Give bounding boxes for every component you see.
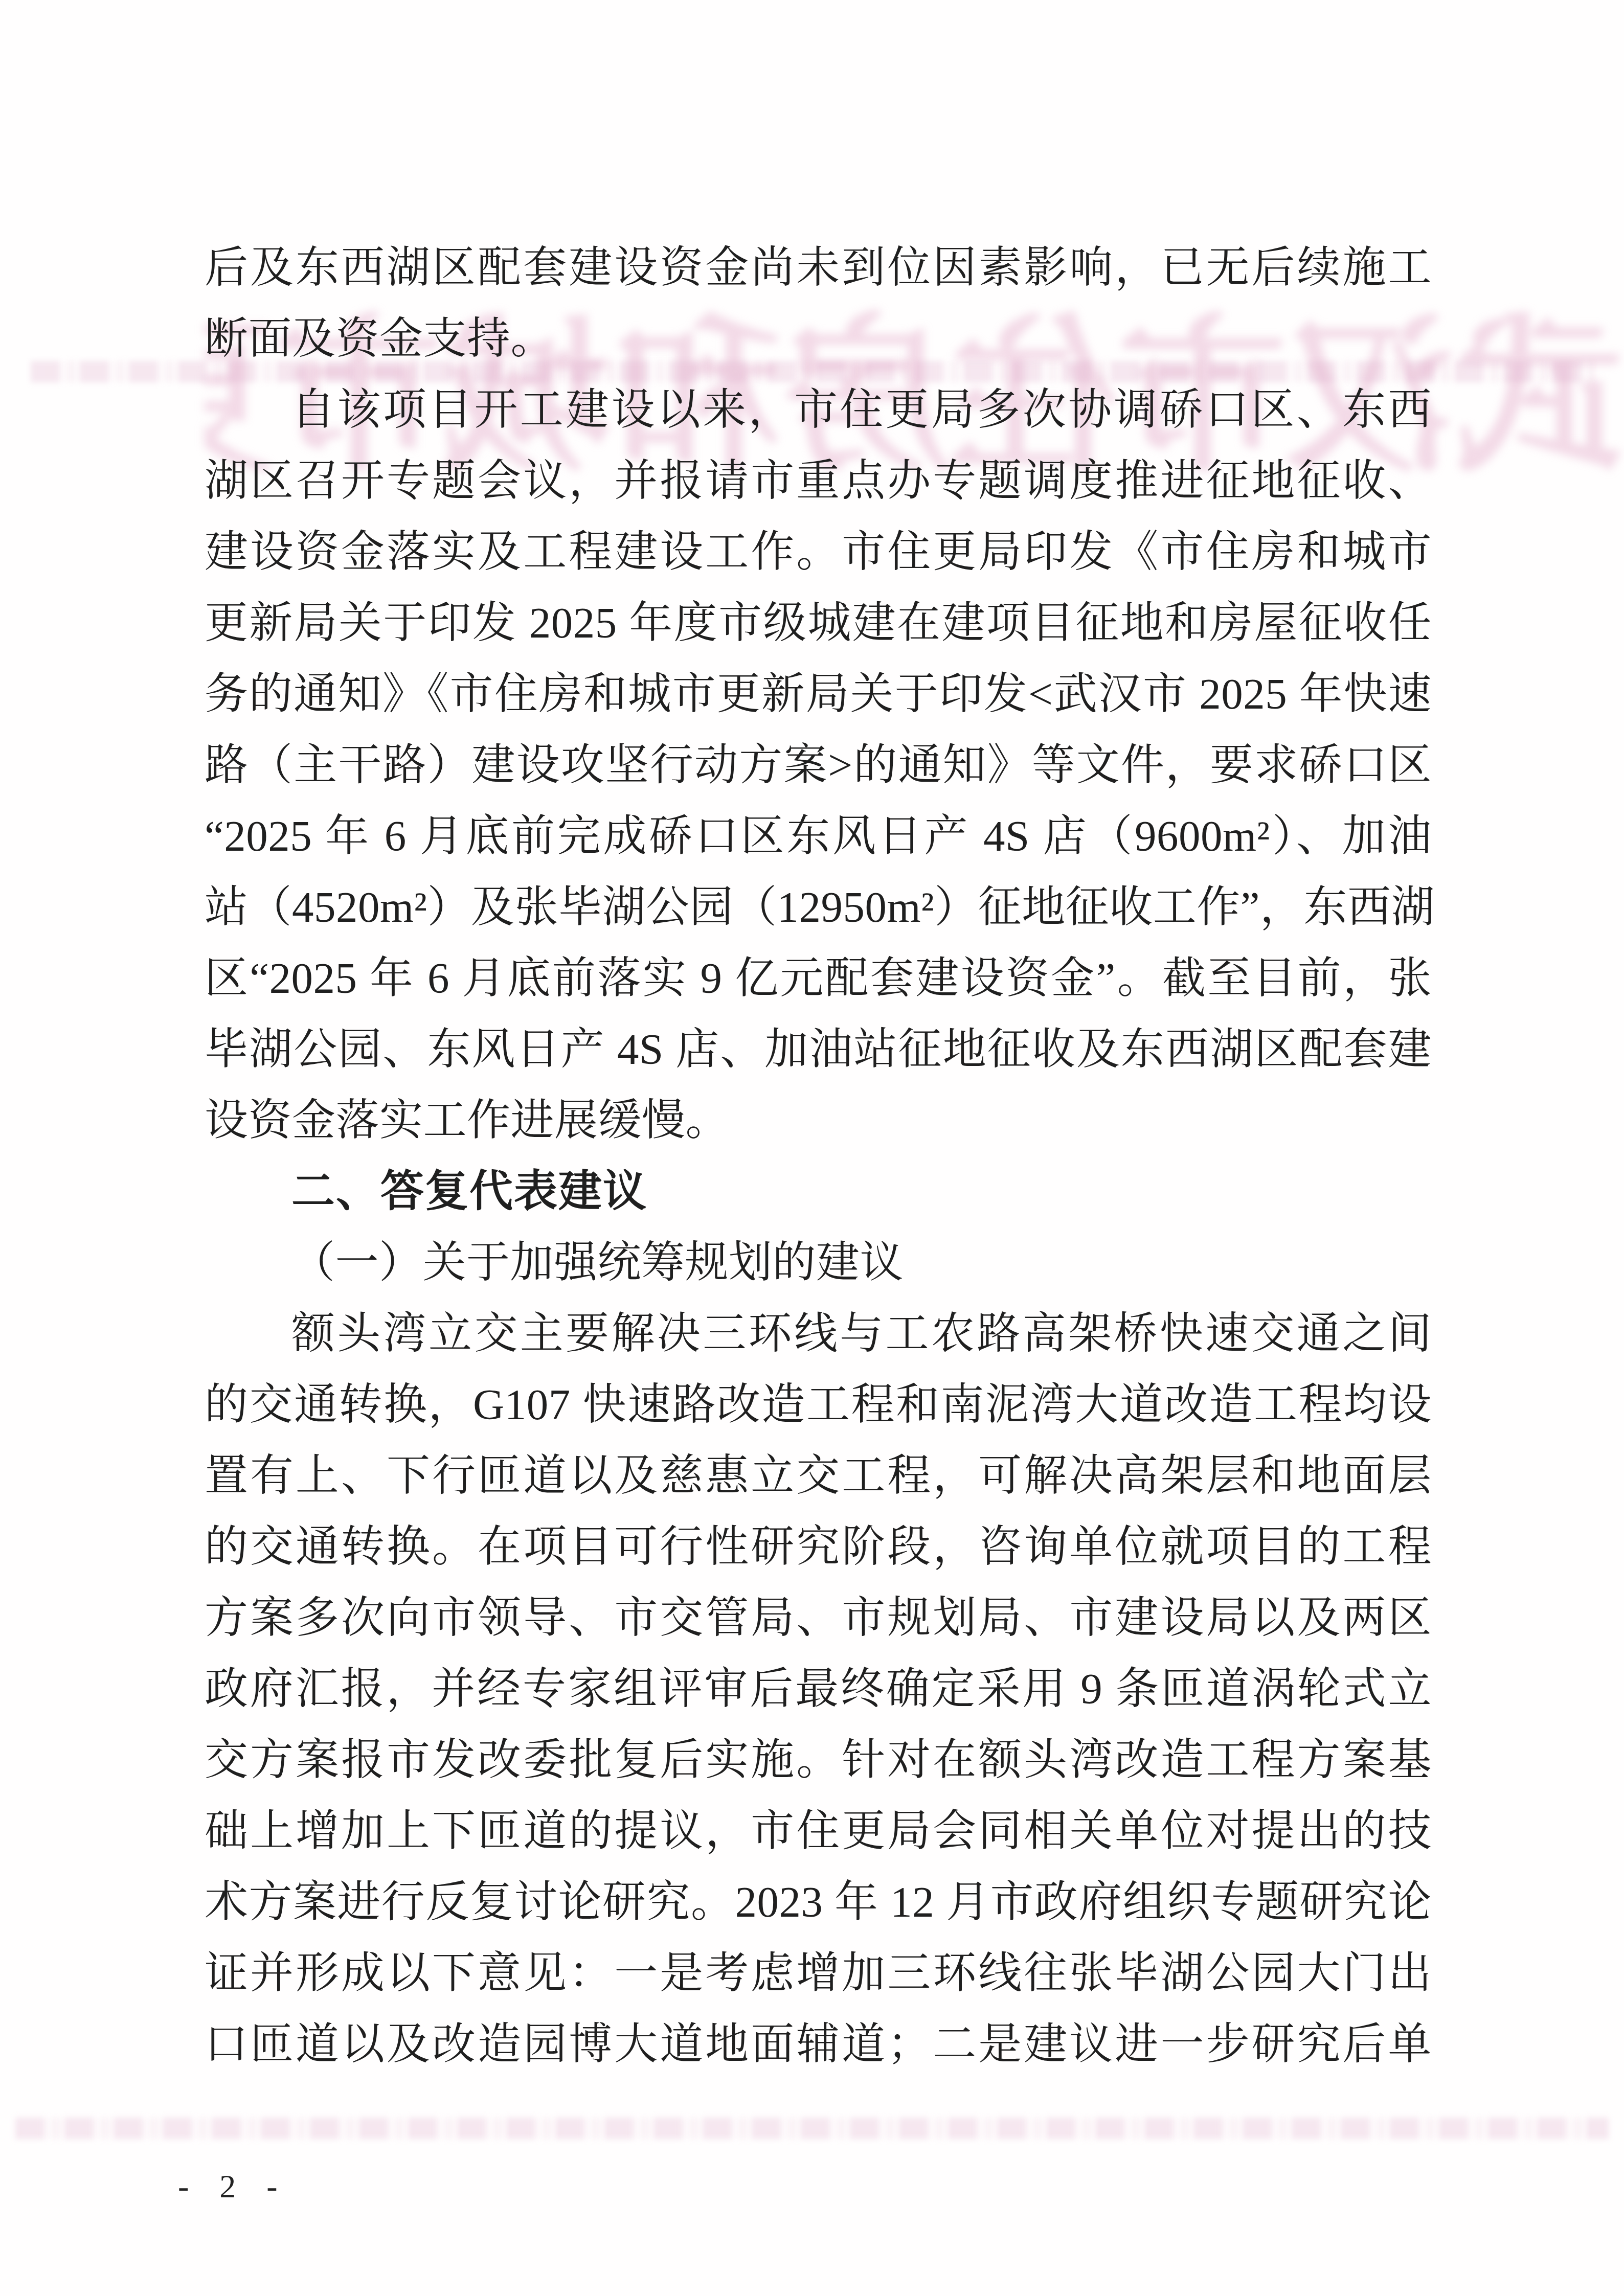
text-line: “2025 年 6 月底前完成硚口区东风日产 4S 店（9600m²）、加油 <box>205 801 1432 872</box>
text-line: 的交通转换，G107 快速路改造工程和南泥湾大道改造工程均设 <box>205 1370 1432 1441</box>
section-heading: 二、答复代表建议 <box>205 1156 1432 1227</box>
document-page: 武汉市住房和城市更新局文件 后及东西湖区配套建设资金尚未到位因素影响，已无后续施… <box>0 0 1624 2296</box>
text-line: 建设资金落实及工程建设工作。市住更局印发《市住房和城市 <box>205 517 1432 588</box>
text-line: 务的通知》《市住房和城市更新局关于印发<武汉市 2025 年快速 <box>205 659 1432 730</box>
text-line: 口匝道以及改造园博大道地面辅道；二是建议进一步研究后单 <box>205 2009 1432 2080</box>
text-line: 路（主干路）建设攻坚行动方案>的通知》等文件，要求硚口区 <box>205 730 1432 801</box>
text-line: 础上增加上下匝道的提议，市住更局会同相关单位对提出的技 <box>205 1796 1432 1867</box>
text-line: 后及东西湖区配套建设资金尚未到位因素影响，已无后续施工 <box>205 233 1432 304</box>
text-line: 更新局关于印发 2025 年度市级城建在建项目征地和房屋征收任 <box>205 588 1432 659</box>
document-body: 后及东西湖区配套建设资金尚未到位因素影响，已无后续施工 断面及资金支持。 自该项… <box>205 233 1432 2080</box>
text-line: 额头湾立交主要解决三环线与工农路高架桥快速交通之间 <box>205 1299 1432 1370</box>
text-line: 设资金落实工作进展缓慢。 <box>205 1085 1432 1156</box>
text-line: 区“2025 年 6 月底前落实 9 亿元配套建设资金”。截至目前，张 <box>205 943 1432 1014</box>
bleed-through-band <box>15 2118 1609 2139</box>
text-line: 的交通转换。在项目可行性研究阶段，咨询单位就项目的工程 <box>205 1512 1432 1583</box>
text-line: 断面及资金支持。 <box>205 304 1432 375</box>
text-line: 毕湖公园、东风日产 4S 店、加油站征地征收及东西湖区配套建 <box>205 1014 1432 1085</box>
text-line: 湖区召开专题会议，并报请市重点办专题调度推进征地征收、 <box>205 446 1432 517</box>
text-line: 方案多次向市领导、市交管局、市规划局、市建设局以及两区 <box>205 1583 1432 1654</box>
text-line: 政府汇报，并经专家组评审后最终确定采用 9 条匝道涡轮式立 <box>205 1654 1432 1725</box>
subsection-heading: （一）关于加强统筹规划的建议 <box>205 1227 1432 1299</box>
text-line: 置有上、下行匝道以及慈惠立交工程，可解决高架层和地面层 <box>205 1441 1432 1512</box>
text-line: 站（4520m²）及张毕湖公园（12950m²）征地征收工作”，东西湖 <box>205 872 1432 943</box>
text-line: 自该项目开工建设以来，市住更局多次协调硚口区、东西 <box>205 375 1432 446</box>
text-line: 交方案报市发改委批复后实施。针对在额头湾改造工程方案基 <box>205 1725 1432 1796</box>
text-line: 证并形成以下意见：一是考虑增加三环线往张毕湖公园大门出 <box>205 1938 1432 2009</box>
page-number: - 2 - <box>178 2164 289 2210</box>
text-line: 术方案进行反复讨论研究。2023 年 12 月市政府组织专题研究论 <box>205 1867 1432 1938</box>
